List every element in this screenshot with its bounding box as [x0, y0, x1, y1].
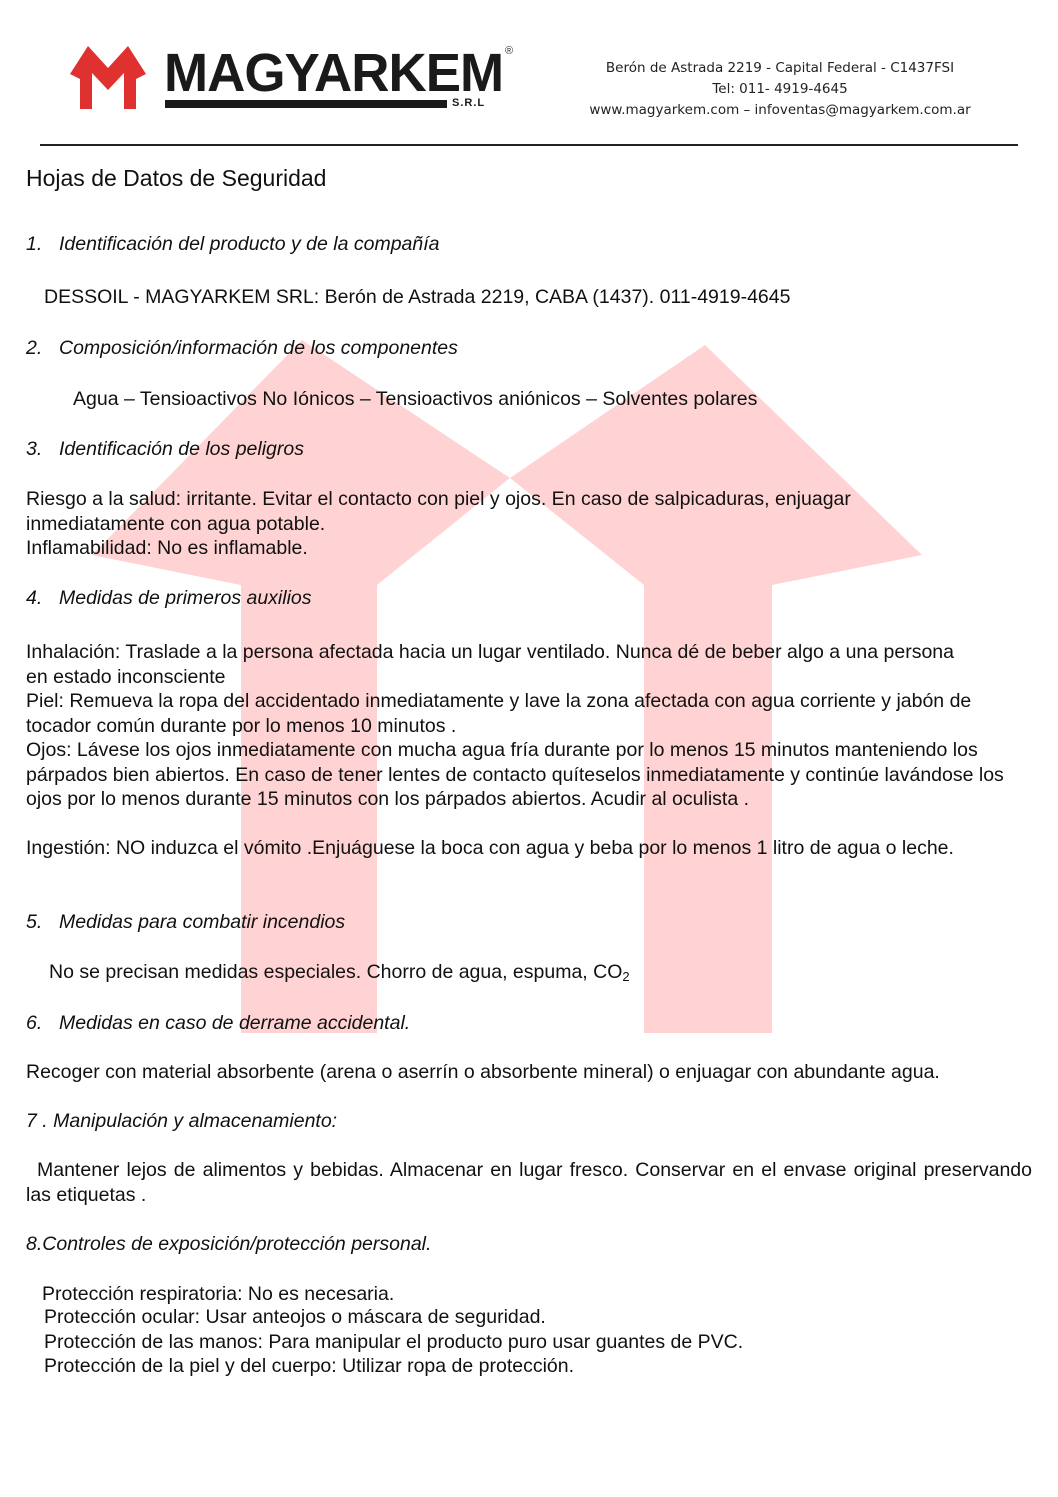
contact-address: Berón de Astrada 2219 - Capital Federal … [560, 58, 1000, 79]
section-4-ingestion: Ingestión: NO induzca el vómito .Enjuágu… [26, 836, 991, 861]
section-4-eyes: Ojos: Lávese los ojos inmediatamente con… [26, 738, 1026, 812]
section-3-health-risk: Riesgo a la salud: irritante. Evitar el … [26, 487, 936, 536]
section-6-heading: 6.Medidas en caso de derrame accidental. [26, 1011, 410, 1036]
magyarkem-m-arrows-logo-icon [70, 46, 146, 109]
section-1-text: DESSOIL - MAGYARKEM SRL: Berón de Astrad… [44, 285, 790, 310]
section-8-eye: Protección ocular: Usar anteojos o másca… [44, 1305, 546, 1330]
section-4-inhalation: Inhalación: Traslade a la persona afecta… [26, 640, 976, 689]
section-8-respiratory: Protección respiratoria: No es necesaria… [42, 1282, 394, 1307]
section-8-heading: 8.Controles de exposición/protección per… [26, 1232, 431, 1257]
section-7-heading: 7 . Manipulación y almacenamiento: [26, 1109, 337, 1134]
section-2-heading: 2.Composición/información de los compone… [26, 336, 458, 361]
section-5-heading: 5.Medidas para combatir incendios [26, 910, 345, 935]
brand-name: MAGYARKEM [164, 46, 503, 100]
section-8-body: Protección de la piel y del cuerpo: Util… [44, 1354, 574, 1379]
header-divider [40, 144, 1018, 146]
registered-mark-icon: ® [505, 45, 513, 57]
section-2-text: Agua – Tensioactivos No Iónicos – Tensio… [73, 387, 757, 412]
brand-suffix: S.R.L [452, 97, 485, 109]
section-4-heading: 4.Medidas de primeros auxilios [26, 586, 312, 611]
contact-phone: Tel: 011- 4919-4645 [560, 79, 1000, 100]
section-8-hands: Protección de las manos: Para manipular … [44, 1330, 743, 1355]
section-3-heading: 3.Identificación de los peligros [26, 437, 304, 462]
section-3-flammability: Inflamabilidad: No es inflamable. [26, 536, 308, 561]
contact-block: Berón de Astrada 2219 - Capital Federal … [560, 58, 1000, 121]
section-6-text: Recoger con material absorbente (arena o… [26, 1060, 940, 1085]
contact-web-email: www.magyarkem.com – infoventas@magyarkem… [560, 100, 1000, 121]
brand-underline-bar [165, 100, 447, 108]
section-1-heading: 1.Identificación del producto y de la co… [26, 232, 440, 257]
section-5-text: No se precisan medidas especiales. Chorr… [49, 960, 630, 985]
section-7-text: Mantener lejos de alimentos y bebidas. A… [26, 1158, 1032, 1207]
section-4-skin: Piel: Remueva la ropa del accidentado in… [26, 689, 1036, 738]
page-title: Hojas de Datos de Seguridad [26, 166, 326, 191]
